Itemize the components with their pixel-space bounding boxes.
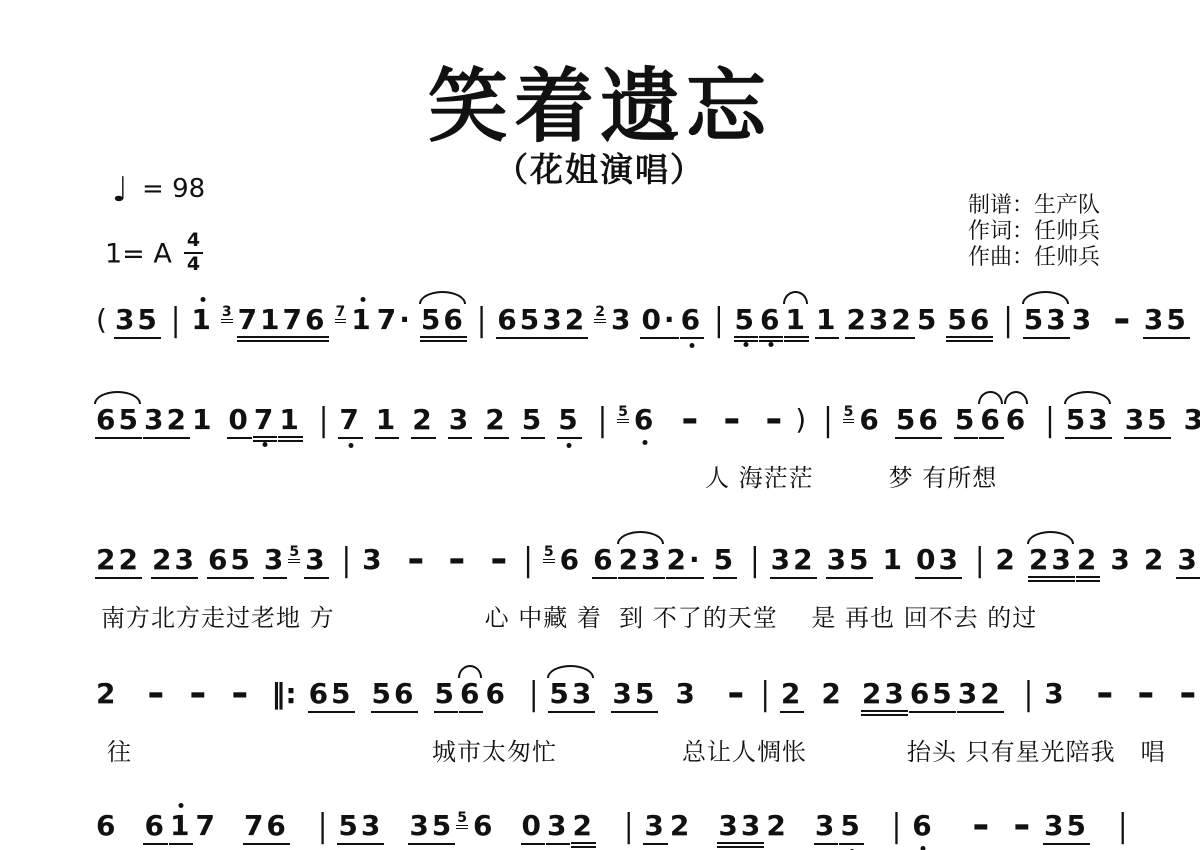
note-token: 6 bbox=[858, 406, 882, 434]
note-token: 35 bbox=[611, 680, 658, 713]
sustain-dash: - bbox=[970, 808, 990, 844]
note-token: 6 bbox=[680, 306, 704, 339]
notes-row: 65321071|7123255|56---)|5656566|53353-| bbox=[95, 400, 1195, 446]
note-token: 1 bbox=[815, 306, 839, 339]
barline-icon: | bbox=[170, 304, 181, 336]
music-line-3: 222365353|3---|566232·5|3235103|22323233… bbox=[95, 540, 1195, 633]
note-token: 6 bbox=[559, 546, 583, 574]
note-token: 65 bbox=[308, 680, 355, 713]
music-line-2: 65321071|7123255|56---)|5656566|53353-| … bbox=[95, 400, 1195, 493]
barline-icon: | bbox=[1044, 404, 1055, 436]
barline-icon: | bbox=[623, 810, 634, 842]
note-token: 53 bbox=[548, 680, 595, 713]
note-token: 35 bbox=[1143, 306, 1190, 339]
barline-icon: | bbox=[974, 544, 985, 576]
note-token: 35 bbox=[1043, 812, 1090, 845]
note-token: 1 bbox=[784, 306, 808, 342]
note-token: 0· bbox=[640, 306, 678, 339]
barline-icon: | bbox=[476, 304, 487, 336]
note-token: 3 bbox=[448, 406, 472, 439]
note-token: 3 bbox=[361, 546, 385, 574]
note-token: 3 bbox=[610, 306, 634, 334]
note-token: 2 bbox=[669, 812, 693, 840]
note-token: 6 bbox=[1005, 406, 1029, 434]
notes-row: 661776|533556032|3233235|6--35| bbox=[95, 806, 1195, 850]
parenthesis: ) bbox=[794, 406, 807, 434]
note-token: 6 bbox=[459, 680, 483, 713]
note-token: 1 bbox=[350, 306, 374, 334]
sustain-dash: - bbox=[1136, 676, 1156, 712]
note-token: 5 bbox=[954, 406, 978, 439]
note-token: 5 bbox=[916, 306, 940, 334]
note-token: 3 bbox=[1071, 306, 1095, 334]
note-token: 0 bbox=[521, 812, 545, 845]
note-token: 6 bbox=[484, 680, 508, 708]
note-token: 3 bbox=[814, 812, 838, 845]
sustain-dash: - bbox=[1012, 808, 1032, 844]
tempo-marking: ♩= 98 bbox=[112, 170, 205, 210]
note-token: 3 bbox=[1183, 406, 1200, 434]
time-signature: 44 bbox=[184, 231, 203, 275]
note-token: 232 bbox=[845, 306, 914, 339]
note-token: 2 bbox=[820, 680, 844, 708]
song-title: 笑着遗忘 bbox=[0, 42, 1200, 157]
note-token: 3 bbox=[546, 812, 570, 845]
credit-arranger: 制谱：生产队 bbox=[968, 193, 1100, 219]
note-token: 6 bbox=[143, 812, 167, 845]
note-token: 03 bbox=[915, 546, 962, 579]
note-token: 1 bbox=[190, 306, 214, 334]
grace-note: 5 bbox=[456, 811, 468, 829]
repeat-sign-icon: ‖: bbox=[270, 680, 297, 708]
note-token: 1 bbox=[882, 546, 906, 574]
note-token: 2 bbox=[1143, 546, 1167, 574]
note-token: 6 bbox=[95, 812, 119, 840]
sustain-dash: - bbox=[229, 676, 249, 712]
note-token: 5 bbox=[521, 406, 545, 439]
barline-icon: | bbox=[1117, 810, 1128, 842]
note-token: 2 bbox=[484, 406, 508, 439]
key-tonality: 1= A bbox=[105, 238, 172, 269]
note-token: 1 bbox=[191, 406, 215, 434]
grace-note: 2 bbox=[594, 305, 606, 323]
note-token: 6 bbox=[633, 406, 657, 434]
note-token: 5 bbox=[734, 306, 758, 342]
barline-icon: | bbox=[522, 544, 533, 576]
note-token: 5 bbox=[557, 406, 581, 439]
note-token: 65 bbox=[207, 546, 254, 579]
notes-row: (35|137176717·56|6532230·6|5611232556|53… bbox=[95, 300, 1195, 346]
note-token: 1 bbox=[278, 406, 302, 442]
barline-icon: | bbox=[1002, 304, 1013, 336]
grace-note: 5 bbox=[617, 405, 629, 423]
note-token: 5 bbox=[839, 812, 863, 845]
sustain-dash: - bbox=[405, 542, 425, 578]
note-token: 56 bbox=[420, 306, 467, 342]
note-token: 2 bbox=[95, 680, 119, 708]
note-token: 6 bbox=[759, 306, 783, 342]
note-token: 5 bbox=[434, 680, 458, 713]
note-token: 6 bbox=[979, 406, 1003, 439]
lyrics-row: 往 城市太匆忙 总让人惆怅 抬头 只有星光陪我 唱 bbox=[95, 732, 1195, 767]
note-token: 53 bbox=[337, 812, 384, 845]
grace-note: 5 bbox=[288, 545, 300, 563]
note-token: 2 bbox=[765, 812, 789, 840]
note-token: 53 bbox=[1065, 406, 1112, 439]
barline-icon: | bbox=[759, 678, 770, 710]
note-token: 6532 bbox=[496, 306, 588, 339]
time-signature-denominator: 4 bbox=[184, 254, 203, 275]
note-token: 3 bbox=[643, 812, 667, 845]
note-token: 2 bbox=[780, 680, 804, 713]
sustain-dash: - bbox=[1178, 676, 1198, 712]
barline-icon: | bbox=[891, 810, 902, 842]
note-token: 7 bbox=[194, 812, 218, 840]
key-signature: 1= A44 bbox=[105, 233, 203, 277]
note-token: 65 bbox=[909, 680, 956, 713]
barline-icon: | bbox=[1023, 678, 1034, 710]
barline-icon: | bbox=[713, 304, 724, 336]
music-line-5: 661776|533556032|3233235|6--35| bbox=[95, 806, 1195, 850]
barline-icon: | bbox=[528, 678, 539, 710]
barline-icon: | bbox=[317, 810, 328, 842]
note-token: 33 bbox=[717, 812, 764, 848]
note-token: 7176 bbox=[237, 306, 329, 342]
note-token: 2· bbox=[666, 546, 704, 579]
note-token: 3 bbox=[1043, 680, 1067, 708]
note-token: 7· bbox=[376, 306, 414, 334]
note-token: 35 bbox=[114, 306, 161, 339]
sustain-dash: - bbox=[488, 542, 508, 578]
note-token: 2 bbox=[1076, 546, 1100, 582]
note-token: 6 bbox=[472, 812, 496, 840]
note-token: 7 bbox=[253, 406, 277, 442]
note-token: 2 bbox=[411, 406, 435, 439]
note-token: 1 bbox=[375, 406, 399, 439]
note-token: 3 bbox=[304, 546, 328, 579]
note-token: 5 bbox=[713, 546, 737, 579]
note-token: 1 bbox=[169, 812, 193, 845]
sustain-dash: - bbox=[188, 676, 208, 712]
note-token: 23 bbox=[1028, 546, 1075, 582]
music-line-1: (35|137176717·56|6532230·6|5611232556|53… bbox=[95, 300, 1195, 346]
credit-lyricist: 作词：任帅兵 bbox=[968, 219, 1100, 245]
note-token: 65 bbox=[95, 406, 142, 439]
note-token: 56 bbox=[371, 680, 418, 713]
note-token: 56 bbox=[946, 306, 993, 342]
sustain-dash: - bbox=[680, 402, 700, 438]
time-signature-numerator: 4 bbox=[184, 231, 203, 254]
note-token: 22 bbox=[95, 546, 142, 579]
note-token: 3 bbox=[1109, 546, 1133, 574]
sustain-dash: - bbox=[1112, 302, 1132, 338]
note-token: 35 bbox=[1124, 406, 1171, 439]
note-token: 35 bbox=[408, 812, 455, 845]
note-token: 35 bbox=[826, 546, 873, 579]
barline-icon: | bbox=[822, 404, 833, 436]
note-token: 3 bbox=[263, 546, 287, 579]
lyrics-row: 人 海茫茫 梦 有所想 bbox=[95, 458, 1195, 493]
barline-icon: | bbox=[341, 544, 352, 576]
sustain-dash: - bbox=[447, 542, 467, 578]
note-token: 6 bbox=[911, 812, 935, 840]
lyrics-row: 南方北方走过老地 方 心 中藏 着 到 不了的天堂 是 再也 回不去 的过 bbox=[95, 598, 1195, 633]
barline-icon: | bbox=[318, 404, 329, 436]
tempo-value: = 98 bbox=[142, 174, 205, 204]
sustain-dash: - bbox=[146, 676, 166, 712]
note-token: 3 bbox=[674, 680, 698, 708]
note-token: 23 bbox=[861, 680, 908, 716]
notes-row: 222365353|3---|566232·5|3235103|22323233… bbox=[95, 540, 1195, 586]
credit-composer: 作曲：任帅兵 bbox=[968, 245, 1100, 271]
sheet-music-page: 笑着遗忘 （花姐演唱） ♩= 98 1= A44 制谱：生产队 作词：任帅兵 作… bbox=[0, 0, 1200, 850]
sustain-dash: - bbox=[725, 676, 745, 712]
grace-note: 7 bbox=[335, 305, 347, 323]
note-token: 32 bbox=[770, 546, 817, 579]
credits-block: 制谱：生产队 作词：任帅兵 作曲：任帅兵 bbox=[968, 193, 1100, 271]
note-token: 2 bbox=[994, 546, 1018, 574]
note-token: 32 bbox=[143, 406, 190, 439]
note-token: 56 bbox=[895, 406, 942, 439]
sustain-dash: - bbox=[763, 402, 783, 438]
note-token: 7 bbox=[338, 406, 362, 439]
note-token: 23 bbox=[618, 546, 665, 579]
quarter-note-icon: ♩ bbox=[112, 170, 128, 210]
grace-note: 3 bbox=[221, 305, 233, 323]
parenthesis: ( bbox=[95, 306, 108, 334]
note-token: 6 bbox=[592, 546, 616, 579]
barline-icon: | bbox=[597, 404, 608, 436]
note-token: 32 bbox=[957, 680, 1004, 713]
note-token: 0 bbox=[227, 406, 251, 439]
sustain-dash: - bbox=[1094, 676, 1114, 712]
note-token: 53 bbox=[1023, 306, 1070, 339]
sustain-dash: - bbox=[722, 402, 742, 438]
grace-note: 5 bbox=[543, 545, 555, 563]
music-line-4: 2---‖:6556566|53353-|22236532|3---| 往 城市… bbox=[95, 674, 1195, 767]
barline-icon: | bbox=[749, 544, 760, 576]
note-token: 2 bbox=[571, 812, 595, 848]
note-token: 3 bbox=[1176, 546, 1200, 579]
note-token: 76 bbox=[243, 812, 290, 845]
note-token: 23 bbox=[151, 546, 198, 579]
notes-row: 2---‖:6556566|53353-|22236532|3---| bbox=[95, 674, 1195, 720]
grace-note: 5 bbox=[843, 405, 855, 423]
